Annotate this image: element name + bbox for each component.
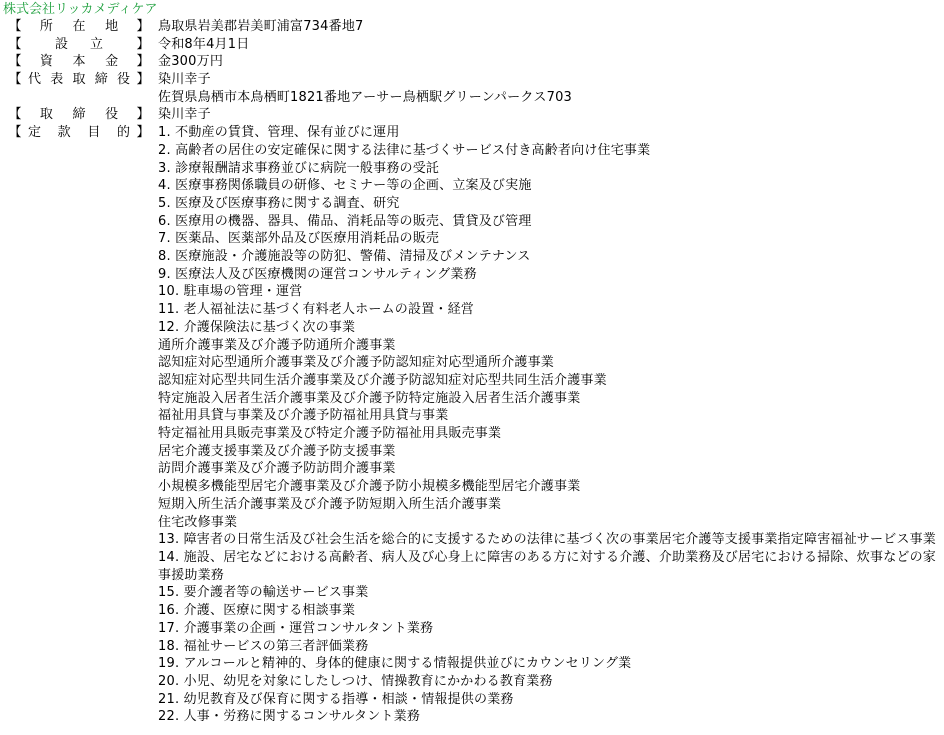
address-value: 鳥取県岩美郡岩美町浦富734番地7 bbox=[158, 18, 944, 36]
purpose-item: 2. 高齢者の居住の安定確保に関する法律に基づくサービス付き高齢者向け住宅事業 bbox=[158, 142, 944, 160]
purpose-list: 1. 不動産の賃貸、管理、保有並びに運用2. 高齢者の居住の安定確保に関する法律… bbox=[158, 124, 944, 726]
label-address: 【 所 在 地 】 bbox=[0, 18, 158, 36]
purpose-item: 居宅介護支援事業及び介護予防支援事業 bbox=[158, 443, 944, 461]
info-row-capital: 【 資 本 金 】 金300万円 bbox=[0, 53, 944, 71]
purpose-item: 1. 不動産の賃貸、管理、保有並びに運用 bbox=[158, 124, 944, 142]
purpose-item: 短期入所生活介護事業及び介護予防短期入所生活介護事業 bbox=[158, 496, 944, 514]
label-director: 【 取 締 役 】 bbox=[0, 106, 158, 124]
company-name: 株式会社リッカメディケア bbox=[3, 1, 157, 18]
info-row-address: 【 所 在 地 】 鳥取県岩美郡岩美町浦富734番地7 bbox=[0, 18, 944, 36]
purpose-item: 17. 介護事業の企画・運営コンサルタント業務 bbox=[158, 620, 944, 638]
purpose-item: 7. 医薬品、医薬部外品及び医療用消耗品の販売 bbox=[158, 230, 944, 248]
established-value: 令和8年4月1日 bbox=[158, 36, 944, 54]
purpose-item: 住宅改修事業 bbox=[158, 514, 944, 532]
info-row-established: 【 設 立 】 令和8年4月1日 bbox=[0, 36, 944, 54]
info-row-representative-address: 佐賀県鳥栖市本鳥栖町1821番地アーサー鳥栖駅グリーンパークス703 bbox=[0, 89, 944, 107]
purpose-item: 10. 駐車場の管理・運営 bbox=[158, 283, 944, 301]
purpose-item: 6. 医療用の機器、器具、備品、消耗品等の販売、賃貸及び管理 bbox=[158, 213, 944, 231]
purpose-item: 20. 小児、幼児を対象にしたしつけ、情操教育にかかわる教育業務 bbox=[158, 673, 944, 691]
purpose-item: 14. 施設、居宅などにおける高齢者、病人及び心身上に障害のある方に対する介護、… bbox=[158, 549, 944, 584]
label-representative: 【 代 表 取 締 役 】 bbox=[0, 71, 158, 89]
purpose-item: 11. 老人福祉法に基づく有料老人ホームの設置・経営 bbox=[158, 301, 944, 319]
purpose-item: 4. 医療事務関係職員の研修、セミナー等の企画、立案及び実施 bbox=[158, 177, 944, 195]
company-info-table: 【 所 在 地 】 鳥取県岩美郡岩美町浦富734番地7 【 設 立 】 令和8年… bbox=[0, 18, 944, 142]
purpose-item: 3. 診療報酬請求事務並びに病院一般事務の受託 bbox=[158, 160, 944, 178]
representative-address-value: 佐賀県鳥栖市本鳥栖町1821番地アーサー鳥栖駅グリーンパークス703 bbox=[158, 89, 944, 107]
purpose-item: 12. 介護保険法に基づく次の事業 bbox=[158, 319, 944, 337]
purpose-item: 特定施設入居者生活介護事業及び介護予防特定施設入居者生活介護事業 bbox=[158, 390, 944, 408]
info-row-representative: 【 代 表 取 締 役 】 染川幸子 bbox=[0, 71, 944, 89]
purpose-item: 19. アルコールと精神的、身体的健康に関する情報提供並びにカウンセリング業 bbox=[158, 655, 944, 673]
purpose-item: 福祉用具貸与事業及び介護予防福祉用具貸与事業 bbox=[158, 407, 944, 425]
purpose-item: 小規模多機能型居宅介護事業及び介護予防小規模多機能型居宅介護事業 bbox=[158, 478, 944, 496]
purpose-item: 訪問介護事業及び介護予防訪問介護事業 bbox=[158, 460, 944, 478]
purpose-item: 13. 障害者の日常生活及び社会生活を総合的に支援するための法律に基づく次の事業… bbox=[158, 531, 944, 549]
purpose-item: 22. 人事・労務に関するコンサルタント業務 bbox=[158, 708, 944, 726]
label-established: 【 設 立 】 bbox=[0, 36, 158, 54]
purpose-item: 通所介護事業及び介護予防通所介護事業 bbox=[158, 337, 944, 355]
capital-value: 金300万円 bbox=[158, 53, 944, 71]
purpose-item: 16. 介護、医療に関する相談事業 bbox=[158, 602, 944, 620]
purpose-item: 特定福祉用具販売事業及び特定介護予防福祉用具販売事業 bbox=[158, 425, 944, 443]
purpose-item: 18. 福祉サービスの第三者評価業務 bbox=[158, 638, 944, 656]
purpose-item: 9. 医療法人及び医療機関の運営コンサルティング業務 bbox=[158, 266, 944, 284]
label-purpose: 【 定 款 目 的 】 bbox=[0, 124, 158, 142]
purpose-item: 認知症対応型通所介護事業及び介護予防認知症対応型通所介護事業 bbox=[158, 354, 944, 372]
purpose-item: 5. 医療及び医療事務に関する調査、研究 bbox=[158, 195, 944, 213]
purpose-item: 8. 医療施設・介護施設等の防犯、警備、清掃及びメンテナンス bbox=[158, 248, 944, 266]
info-row-director: 【 取 締 役 】 染川幸子 bbox=[0, 106, 944, 124]
label-capital: 【 資 本 金 】 bbox=[0, 53, 158, 71]
director-value: 染川幸子 bbox=[158, 106, 944, 124]
representative-value: 染川幸子 bbox=[158, 71, 944, 89]
purpose-item: 15. 要介護者等の輸送サービス事業 bbox=[158, 584, 944, 602]
info-row-purpose: 【 定 款 目 的 】 1. 不動産の賃貸、管理、保有並びに運用2. 高齢者の居… bbox=[0, 124, 944, 142]
purpose-item: 21. 幼児教育及び保育に関する指導・相談・情報提供の業務 bbox=[158, 691, 944, 709]
purpose-item: 認知症対応型共同生活介護事業及び介護予防認知症対応型共同生活介護事業 bbox=[158, 372, 944, 390]
